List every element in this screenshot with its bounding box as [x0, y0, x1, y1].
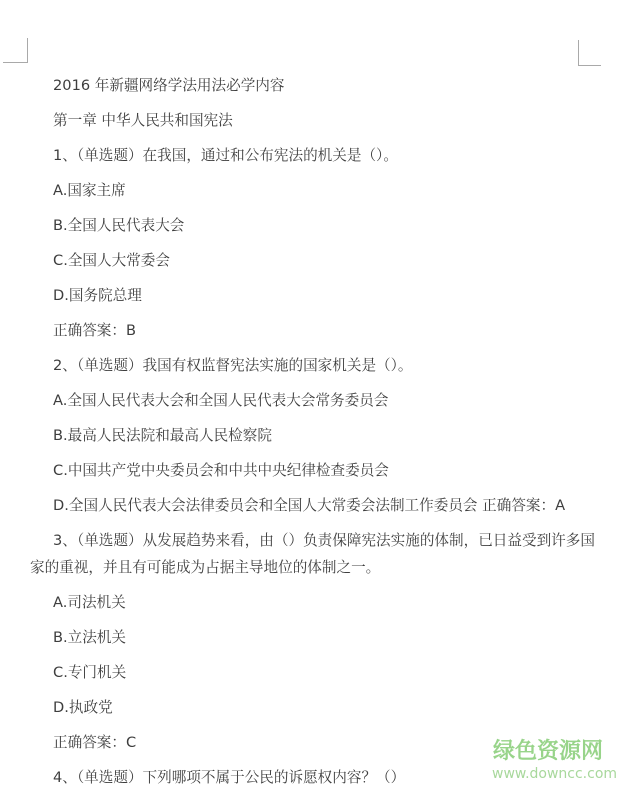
q2-option-b: B.最高人民法院和最高人民检察院 [30, 422, 597, 449]
question-2-line: 2、（单选题）我国有权监督宪法实施的国家机关是（）。 [30, 352, 597, 379]
chapter-1-heading-line: 第一章 中华人民共和国宪法 [30, 107, 597, 134]
watermark-site-url: www.downcc.com [492, 767, 604, 781]
question-3: 3、（单选题）从发展趋势来看，由（）负责保障宪法实施的体制，已日益受到许多国家的… [30, 527, 597, 581]
question-1-line: 1、（单选题）在我国，通过和公布宪法的机关是（）。 [30, 142, 597, 169]
q2-option-a-line: A.全国人民代表大会和全国人民代表大会常务委员会 [30, 387, 597, 414]
q1-option-a-line: A.国家主席 [30, 177, 597, 204]
q2-option-c: C.中国共产党中央委员会和中共中央纪律检查委员会 [30, 457, 597, 484]
q3-option-b: B.立法机关 [30, 624, 597, 651]
q3-option-a: A.司法机关 [30, 589, 597, 616]
question-3-line: 家的重视，并且有可能成为占据主导地位的体制之一。 [30, 554, 597, 581]
q1-option-b: B.全国人民代表大会 [30, 212, 597, 239]
q1-option-d: D.国务院总理 [30, 282, 597, 309]
q3-option-c-line: C.专门机关 [30, 659, 597, 686]
q1-option-c-line: C.全国人大常委会 [30, 247, 597, 274]
question-1: 1、（单选题）在我国，通过和公布宪法的机关是（）。 [30, 142, 597, 169]
doc-title: 2016 年新疆网络学法用法必学内容 [30, 72, 597, 99]
document-page: 2016 年新疆网络学法用法必学内容第一章 中华人民共和国宪法1、（单选题）在我… [0, 0, 627, 795]
chapter-1-heading: 第一章 中华人民共和国宪法 [30, 107, 597, 134]
q2-option-d-with-answer-line: D.全国人民代表大会法律委员会和全国人大常委会法制工作委员会 正确答案：A [30, 492, 597, 519]
q3-option-d: D.执政党 [30, 694, 597, 721]
q1-option-d-line: D.国务院总理 [30, 282, 597, 309]
q1-option-a: A.国家主席 [30, 177, 597, 204]
question-2: 2、（单选题）我国有权监督宪法实施的国家机关是（）。 [30, 352, 597, 379]
watermark-site-name: 绿色资源网 [492, 741, 604, 763]
q2-option-d-with-answer: D.全国人民代表大会法律委员会和全国人大常委会法制工作委员会 正确答案：A [30, 492, 597, 519]
q3-option-b-line: B.立法机关 [30, 624, 597, 651]
q2-option-a: A.全国人民代表大会和全国人民代表大会常务委员会 [30, 387, 597, 414]
q1-answer: 正确答案：B [30, 317, 597, 344]
q2-option-c-line: C.中国共产党中央委员会和中共中央纪律检查委员会 [30, 457, 597, 484]
q1-answer-line: 正确答案：B [30, 317, 597, 344]
watermark: 绿色资源网 www.downcc.com [492, 741, 604, 781]
q2-option-b-line: B.最高人民法院和最高人民检察院 [30, 422, 597, 449]
text-boundary-mark-top-right [578, 40, 601, 66]
q1-option-c: C.全国人大常委会 [30, 247, 597, 274]
q3-option-d-line: D.执政党 [30, 694, 597, 721]
text-boundary-mark-top-left [3, 38, 28, 63]
document-body: 2016 年新疆网络学法用法必学内容第一章 中华人民共和国宪法1、（单选题）在我… [0, 72, 627, 795]
question-3-line: 3、（单选题）从发展趋势来看，由（）负责保障宪法实施的体制，已日益受到许多国 [30, 527, 597, 554]
q1-option-b-line: B.全国人民代表大会 [30, 212, 597, 239]
doc-title-line: 2016 年新疆网络学法用法必学内容 [30, 72, 597, 99]
q3-option-c: C.专门机关 [30, 659, 597, 686]
q3-option-a-line: A.司法机关 [30, 589, 597, 616]
